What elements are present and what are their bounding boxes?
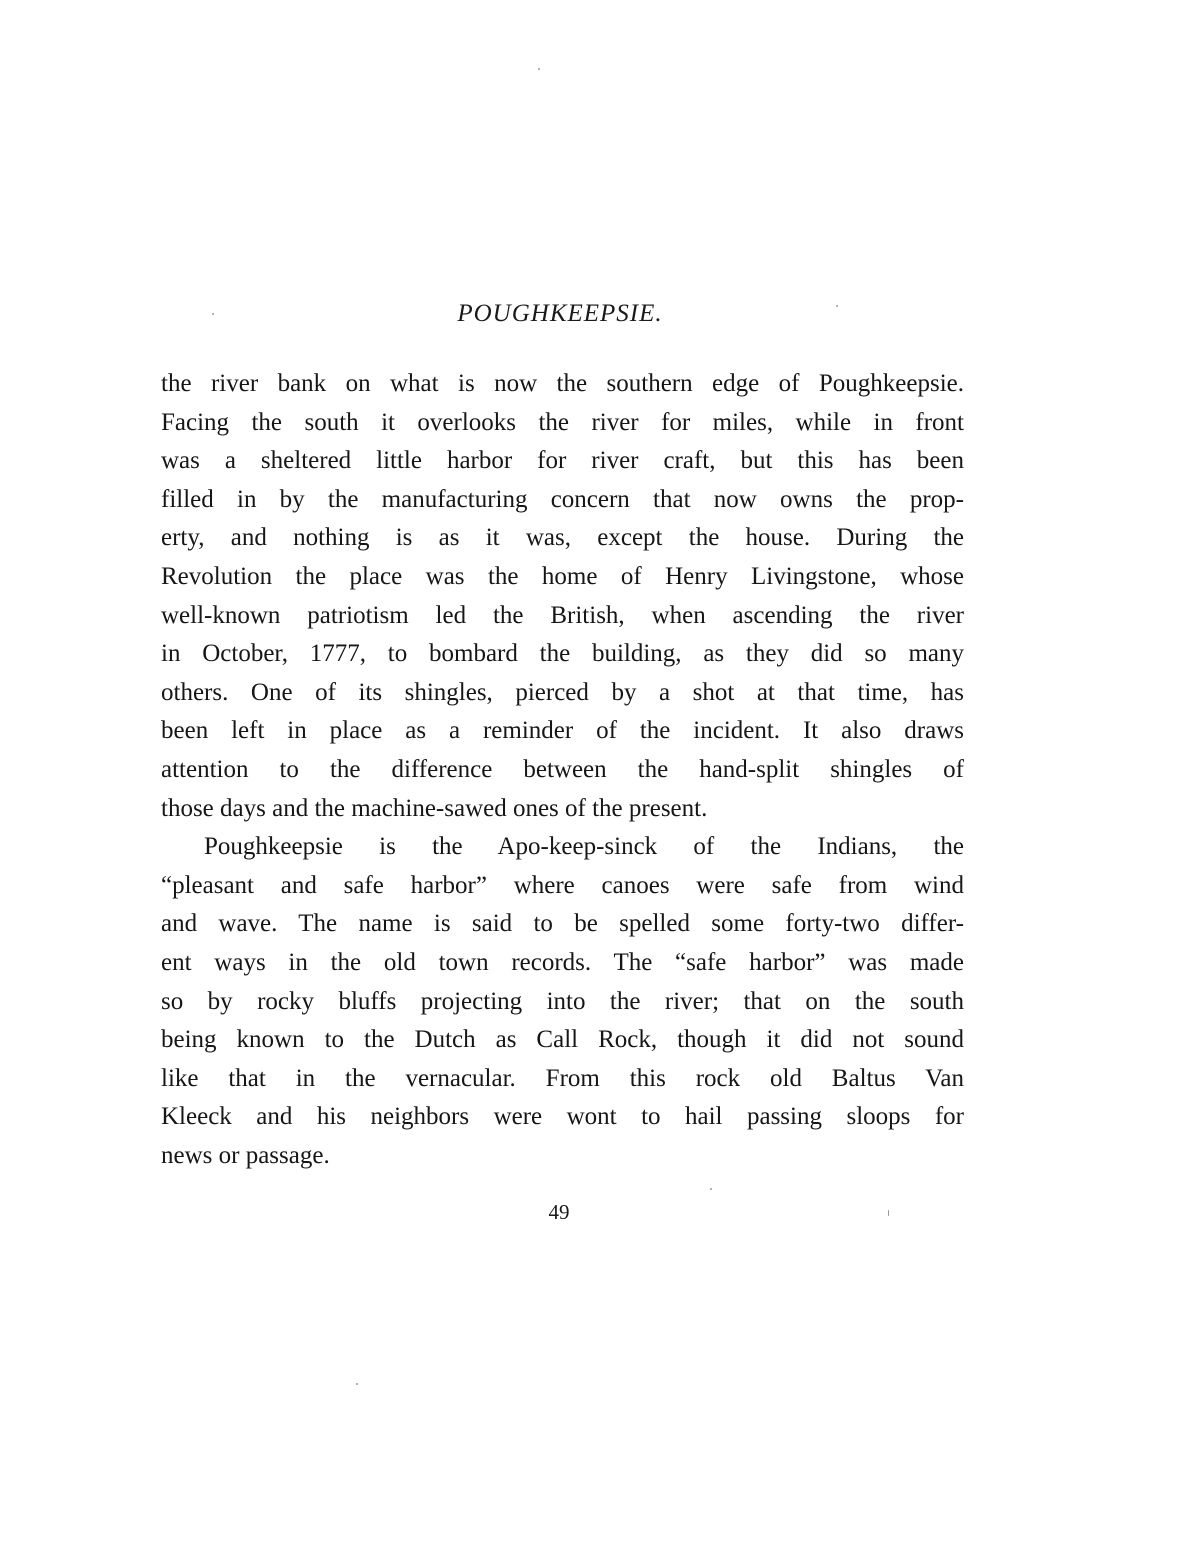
text-line: filled in by the manufacturing concern t…	[161, 481, 964, 520]
paragraph-1: the river bank on what is now the southe…	[161, 365, 964, 828]
text-line: news or passage.	[161, 1137, 964, 1176]
text-line: well-known patriotism led the British, w…	[161, 597, 964, 636]
scan-speck	[212, 313, 214, 315]
text-line: Revolution the place was the home of Hen…	[161, 558, 964, 597]
text-line: like that in the vernacular. From this r…	[161, 1060, 964, 1099]
text-line: been left in place as a reminder of the …	[161, 712, 964, 751]
book-page: POUGHKEEPSIE. the river bank on what is …	[0, 0, 1200, 1568]
scan-speck	[836, 305, 838, 307]
text-line: the river bank on what is now the southe…	[161, 365, 964, 404]
text-line: and wave. The name is said to be spelled…	[161, 905, 964, 944]
text-line: being known to the Dutch as Call Rock, t…	[161, 1021, 964, 1060]
scan-speck	[710, 1188, 712, 1190]
scan-speck	[356, 1383, 358, 1385]
scan-speck	[538, 68, 540, 70]
scan-speck	[888, 1210, 889, 1216]
running-head: POUGHKEEPSIE.	[0, 300, 1120, 328]
text-line: Kleeck and his neighbors were wont to ha…	[161, 1098, 964, 1137]
text-line: ent ways in the old town records. The “s…	[161, 944, 964, 983]
text-line: erty, and nothing is as it was, except t…	[161, 519, 964, 558]
text-line: “pleasant and safe harbor” where canoes …	[161, 867, 964, 906]
text-line: so by rocky bluffs projecting into the r…	[161, 983, 964, 1022]
text-line: Facing the south it overlooks the river …	[161, 404, 964, 443]
paragraph-2: Poughkeepsie is the Apo-keep-sinck of th…	[161, 828, 964, 1175]
page-number: 49	[0, 1200, 1118, 1225]
text-line: in October, 1777, to bombard the buildin…	[161, 635, 964, 674]
text-line: others. One of its shingles, pierced by …	[161, 674, 964, 713]
text-line: was a sheltered little harbor for river …	[161, 442, 964, 481]
text-line: those days and the machine-sawed ones of…	[161, 790, 964, 829]
body-text: the river bank on what is now the southe…	[161, 365, 964, 1175]
text-line: attention to the difference between the …	[161, 751, 964, 790]
text-line: Poughkeepsie is the Apo-keep-sinck of th…	[161, 828, 964, 867]
